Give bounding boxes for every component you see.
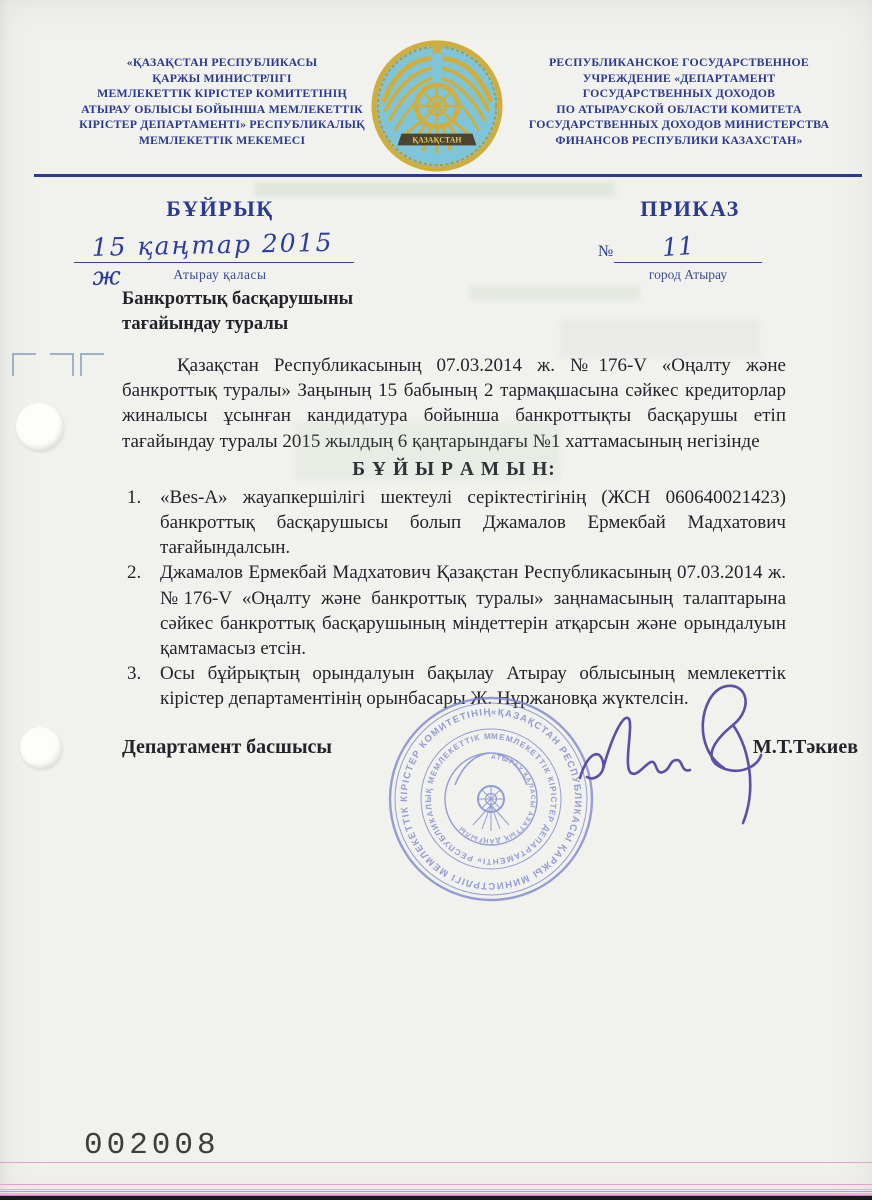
header-line: ФИНАНСОВ РЕСПУБЛИКИ КАЗАХСТАН» — [498, 133, 860, 149]
signer-position: Департамент басшысы — [122, 736, 332, 759]
emblem-caption: ҚАЗАҚСТАН — [412, 135, 461, 144]
place-label-kazakh: Атырау қаласы — [110, 267, 330, 283]
header-line: КІРІСТЕР ДЕПАРТАМЕНТІ» РЕСПУБЛИКАЛЫҚ — [52, 117, 392, 133]
hole-punch — [16, 403, 63, 450]
order-subject: Банкроттық басқарушыны тағайындау туралы — [122, 287, 786, 337]
official-round-stamp: «ҚАЗАҚСТАН РЕСПУБЛИКАСЫ ҚАРЖЫ МИНИСТРЛІГ… — [385, 693, 597, 905]
header-line: ГОСУДАРСТВЕННЫХ ДОХОДОВ МИНИСТЕРСТВА — [498, 117, 860, 133]
item-number: 2. — [127, 560, 141, 585]
order-item: 2. Джамалов Ермекбай Мадхатович Қазақста… — [122, 560, 786, 661]
header-line: ҚАРЖЫ МИНИСТРЛІГІ — [52, 71, 392, 87]
scan-edge-bar — [0, 1196, 872, 1200]
header-line: УЧРЕЖДЕНИЕ «ДЕПАРТАМЕНТ — [498, 71, 860, 87]
item-number: 1. — [127, 485, 141, 510]
order-title-kazakh: БҰЙРЫҚ — [110, 196, 330, 222]
item-text: Джамалов Ермекбай Мадхатович Қазақстан Р… — [160, 562, 786, 659]
scan-line-artifact — [0, 1191, 872, 1192]
subject-line: тағайындау туралы — [122, 312, 786, 337]
bleedthrough-artifact — [255, 182, 615, 197]
registration-mark — [12, 353, 36, 376]
handwritten-signature — [572, 676, 804, 826]
order-number-label: № — [598, 243, 613, 261]
header-line: ПО АТЫРАУСКОЙ ОБЛАСТИ КОМИТЕТА — [498, 102, 860, 118]
registration-mark — [50, 353, 74, 376]
scanned-order-document: «ҚАЗАҚСТАН РЕСПУБЛИКАСЫ ҚАРЖЫ МИНИСТРЛІГ… — [0, 0, 872, 1200]
header-line: РЕСПУБЛИКАНСКОЕ ГОСУДАРСТВЕННОЕ — [498, 55, 860, 71]
order-preamble: Қазақстан Республикасының 07.03.2014 ж. … — [122, 353, 786, 454]
place-label-russian: город Атырау — [598, 267, 778, 283]
registration-mark — [80, 353, 104, 376]
header-line: МЕМЛЕКЕТТІК КІРІСТЕР КОМИТЕТІНІҢ — [52, 86, 392, 102]
scan-line-artifact — [0, 1184, 872, 1185]
header-line: АТЫРАУ ОБЛЫСЫ БОЙЫНША МЕМЛЕКЕТТІК — [52, 102, 392, 118]
header-divider-line — [34, 174, 862, 177]
document-serial-number: 002008 — [84, 1128, 220, 1163]
header-line: «ҚАЗАҚСТАН РЕСПУБЛИКАСЫ — [52, 55, 392, 71]
scan-line-artifact — [0, 1189, 872, 1190]
item-text: «Bes-A» жауапкершілігі шектеулі серіктес… — [160, 487, 786, 558]
handwritten-order-number: 11 — [661, 231, 695, 262]
header-left-kazakh: «ҚАЗАҚСТАН РЕСПУБЛИКАСЫ ҚАРЖЫ МИНИСТРЛІГ… — [52, 55, 392, 149]
header-line: МЕМЛЕКЕТТІК МЕКЕМЕСІ — [52, 133, 392, 149]
header-line: ГОСУДАРСТВЕННЫХ ДОХОДОВ — [498, 86, 860, 102]
order-item: 1. «Bes-A» жауапкершілігі шектеулі серік… — [122, 485, 786, 561]
header-right-russian: РЕСПУБЛИКАНСКОЕ ГОСУДАРСТВЕННОЕ УЧРЕЖДЕН… — [498, 55, 860, 149]
order-title-russian: ПРИКАЗ — [585, 196, 795, 222]
date-underline — [74, 262, 354, 263]
kazakhstan-coat-of-arms-icon: ҚАЗАҚСТАН — [368, 33, 506, 175]
hole-punch — [20, 727, 61, 768]
number-underline — [614, 262, 762, 263]
item-number: 3. — [127, 661, 141, 686]
resolution-heading: Б Ұ Й Ы Р А М Ы Н: — [122, 457, 786, 483]
scan-line-artifact — [0, 1162, 872, 1163]
subject-line: Банкроттық басқарушыны — [122, 287, 786, 312]
